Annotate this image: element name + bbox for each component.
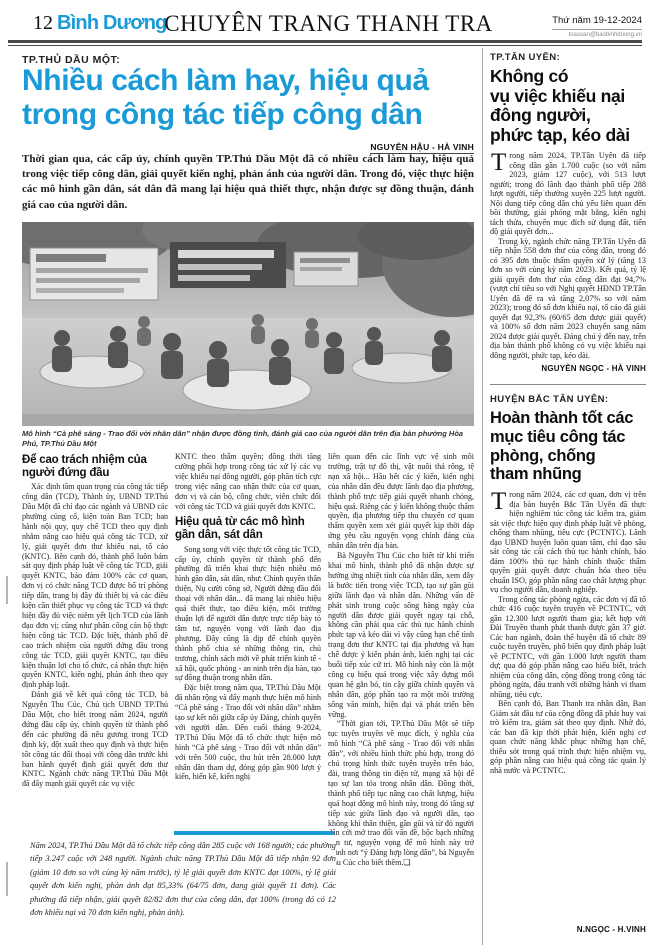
sidebar-article-1-byline: NGUYỄN NGỌC - HÀ VINH bbox=[490, 364, 646, 374]
section-title: CHUYÊN TRANG THANH TRA bbox=[164, 11, 493, 37]
stats-box-text: Năm 2024, TP.Thủ Dầu Một đã tổ chức tiếp… bbox=[22, 839, 336, 919]
paragraph: Không có bbox=[490, 67, 646, 87]
paragraph: trong công tác tiếp công dân bbox=[22, 98, 474, 132]
contact-email: toasoan@baobinhduong.vn bbox=[552, 29, 642, 39]
masthead: 12Bình Dương CHUYÊN TRANG THANH TRA Thứ … bbox=[15, 10, 642, 40]
body-column-1: Để cao trách nhiệm của người đứng đầu Xá… bbox=[22, 452, 168, 838]
column-divider bbox=[482, 48, 483, 945]
paragraph: Bà Nguyễn Thu Cúc cho biết từ khi triển … bbox=[328, 551, 474, 719]
photo-caption: Mô hình “Cà phê sáng - Trao đổi với nhân… bbox=[22, 429, 474, 449]
main-lead: Thời gian qua, các cấp ủy, chính quyền T… bbox=[22, 152, 474, 213]
paragraph: mục tiêu công tác bbox=[490, 428, 646, 447]
paragraph: Nhiều cách làm hay, hiệu quả bbox=[22, 64, 474, 98]
issue-date: Thứ năm 19-12-2024 bbox=[552, 15, 642, 27]
body-column-2: KNTC theo thẩm quyền; đồng thời tăng cườ… bbox=[175, 452, 321, 832]
paragraph: Bên cạnh đó, Ban Thanh tra nhân dân, Ban… bbox=[490, 699, 646, 775]
sidebar: TP.TÂN UYÊN: Không cóvụ việc khiếu nạiđô… bbox=[490, 52, 646, 945]
main-headline: Nhiều cách làm hay, hiệu quảtrong công t… bbox=[22, 64, 474, 132]
newspaper-page: 12Bình Dương CHUYÊN TRANG THANH TRA Thứ … bbox=[0, 0, 650, 951]
paragraph: đông người, bbox=[490, 106, 646, 126]
paragraph: tham nhũng bbox=[490, 465, 646, 484]
main-body: Để cao trách nhiệm của người đứng đầu Xá… bbox=[22, 452, 474, 951]
paragraph: “Thời gian tới, TP.Thủ Dầu Một sẽ tiếp t… bbox=[328, 719, 474, 868]
column-3-text: liên quan đến các lĩnh vực vệ sinh môi t… bbox=[328, 452, 474, 868]
sidebar-article-1-headline: Không cóvụ việc khiếu nạiđông người,phức… bbox=[490, 67, 646, 145]
stats-box-accent-rule bbox=[174, 831, 334, 835]
paragraph: phức tạp, kéo dài bbox=[490, 126, 646, 146]
paragraph: liên quan đến các lĩnh vực vệ sinh môi t… bbox=[328, 452, 474, 551]
sidebar-article-2-headline: Hoàn thành tốt cácmục tiêu công tácphòng… bbox=[490, 409, 646, 484]
paragraph: Trong năm 2024, TP.Tân Uyên đã tiếp công… bbox=[490, 151, 646, 237]
paragraph: Xác định tầm quan trọng của công tác tiế… bbox=[22, 482, 168, 690]
paragraph: Song song với việc thực tốt công tác TCD… bbox=[175, 545, 321, 684]
paragraph: KNTC theo thẩm quyền; đồng thời tăng cườ… bbox=[175, 452, 321, 511]
column-1-text: Xác định tầm quan trọng của công tác tiế… bbox=[22, 482, 168, 789]
paragraph: phòng, chống bbox=[490, 447, 646, 466]
body-column-3: liên quan đến các lĩnh vực vệ sinh môi t… bbox=[328, 452, 474, 922]
sidebar-article-2-byline: N.NGỌC - H.VINH bbox=[577, 925, 646, 935]
sidebar-article-1-kicker: TP.TÂN UYÊN: bbox=[490, 52, 646, 63]
column-2-text-after: Song song với việc thực tốt công tác TCD… bbox=[175, 545, 321, 783]
brand-logo: 12Bình Dương bbox=[33, 12, 167, 34]
crop-mark bbox=[6, 576, 8, 604]
crop-mark bbox=[6, 862, 8, 896]
sidebar-divider bbox=[490, 384, 646, 385]
subhead-2: Hiệu quả từ các mô hình gần dân, sát dân bbox=[175, 516, 321, 541]
brand-name: Bình Dương bbox=[57, 12, 167, 34]
column-2-text-before: KNTC theo thẩm quyền; đồng thời tăng cườ… bbox=[175, 452, 321, 511]
article-photo bbox=[22, 222, 474, 426]
paragraph: Đặc biệt trong năm qua, TP.Thủ Dầu Một đ… bbox=[175, 683, 321, 782]
sidebar-article-2-body: Trong năm 2024, các cơ quan, đơn vị trên… bbox=[490, 490, 646, 775]
stats-box: Năm 2024, TP.Thủ Dầu Một đã tổ chức tiếp… bbox=[22, 836, 336, 919]
paragraph: Trong năm 2024, các cơ quan, đơn vị trên… bbox=[490, 490, 646, 595]
sidebar-article-2-kicker: HUYỆN BẮC TÂN UYÊN: bbox=[490, 394, 646, 405]
paragraph: Đánh giá về kết quả công tác TCD, bà Ngu… bbox=[22, 690, 168, 789]
page-number: 12 bbox=[33, 12, 53, 34]
paragraph: vụ việc khiếu nại bbox=[490, 87, 646, 107]
subhead-1: Để cao trách nhiệm của người đứng đầu bbox=[22, 454, 168, 479]
date-block: Thứ năm 19-12-2024 toasoan@baobinhduong.… bbox=[552, 15, 642, 39]
paragraph: Trong công tác phòng ngừa, các đơn vị đã… bbox=[490, 595, 646, 700]
paragraph: Trong kỳ, ngành chức năng TP.Tân Uyên đã… bbox=[490, 237, 646, 361]
masthead-rule bbox=[8, 40, 642, 46]
sidebar-article-1-body: Trong năm 2024, TP.Tân Uyên đã tiếp công… bbox=[490, 151, 646, 360]
photo-illustration bbox=[22, 222, 474, 426]
paragraph: Hoàn thành tốt các bbox=[490, 409, 646, 428]
